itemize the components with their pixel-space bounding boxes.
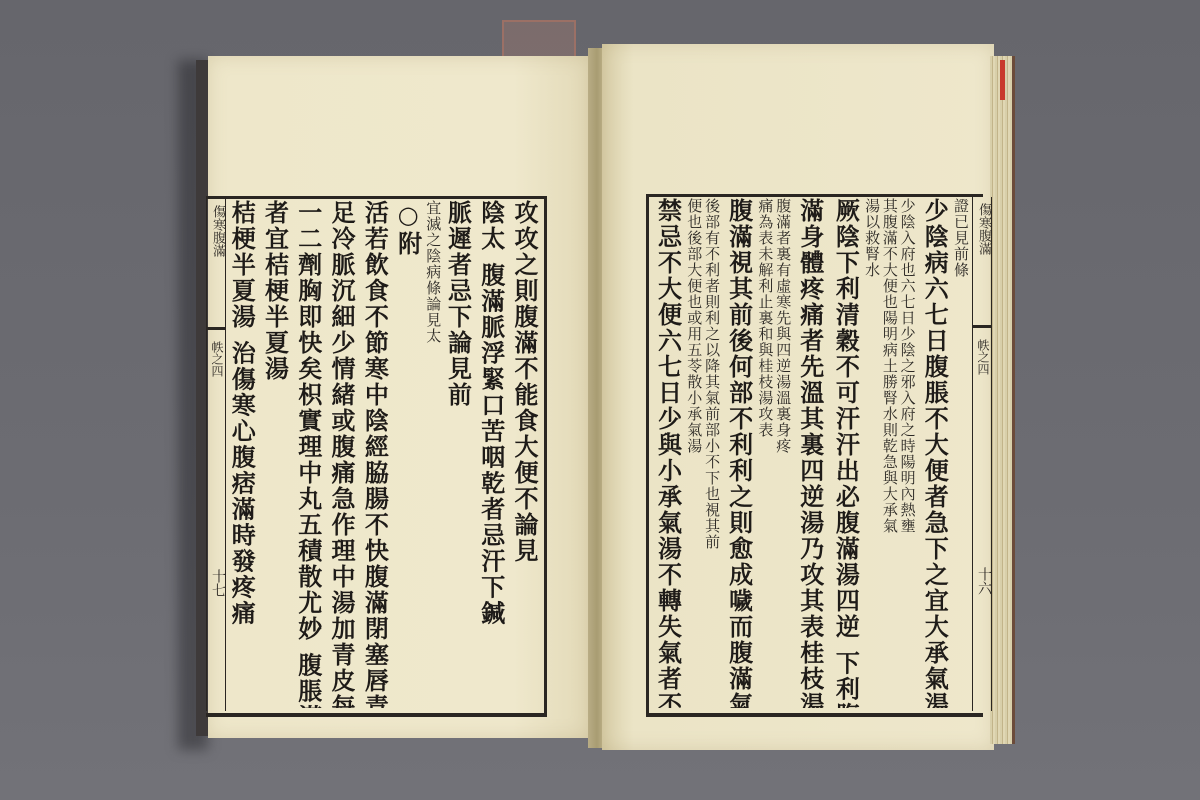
annotation-column: 腹滿者裏有虛寒先與四逆湯溫裏身疼 (774, 198, 792, 708)
text-column: 陰太 腹滿脈浮緊口苦咽乾者忌汗下鍼 (475, 200, 508, 708)
annotation-column: 後部有不利者則利之以降其氣前部小不下也視其前 (703, 198, 721, 708)
text-column: 攻攻之則腹滿不能食大便不論見 (509, 200, 542, 708)
annotation-column: 其腹滿不大便也陽明病土勝腎水則乾急與大承氣 (881, 198, 899, 708)
text-column: 禁忌不大便六七日少與小承氣湯不轉失氣者不可 (650, 198, 686, 708)
annotation-column: 痛為表未解利止裏和與桂枝湯攻表 (757, 198, 775, 708)
text-column: ○附 (392, 200, 425, 708)
text-column: 一二劑胸即快矣枳實理中丸五積散尤妙 腹脹滿 (293, 200, 326, 708)
annotation-column: 證已見前條 (952, 198, 970, 708)
right-page-edges (990, 56, 1015, 744)
margin-title: 傷寒腹滿 (208, 205, 227, 257)
fish-tail-mark (973, 325, 991, 338)
left-page-text: 攻攻之則腹滿不能食大便不論見 陰太 腹滿脈浮緊口苦咽乾者忌汗下鍼 脈遲者忌下論見… (226, 200, 542, 708)
text-column: 厥陰下利清穀不可汗汗出必腹滿湯四逆 下利腹脹 (828, 198, 864, 708)
margin-chapter: 帙之四 (209, 341, 226, 377)
text-column: 者宜桔梗半夏湯 (259, 200, 292, 708)
annotation-column: 便也後部大便也或用五苓散小承氣湯 (686, 198, 704, 708)
text-column: 滿身體疼痛者先溫其裏四逆湯乃攻其表桂枝湯利下 (792, 198, 828, 708)
page-number: 十六 (974, 567, 994, 595)
text-column: 活若飲食不節寒中陰經脇腸不快腹滿閉塞唇青手 (359, 200, 392, 708)
margin-chapter: 帙之四 (975, 339, 992, 375)
text-column: 足冷脈沉細少情緒或腹痛急作理中湯加青皮每服 (326, 200, 359, 708)
annotation-column: 湯以救腎水 (863, 198, 881, 708)
text-column: 腹滿視其前後何部不利利之則愈成噦而腹滿氣上 (721, 198, 757, 708)
text-column: 少陰病六七日腹脹不大便者急下之宜大承氣湯此 (917, 198, 953, 708)
annotation-column: 少陰入府也六七日少陰之邪入府之時陽明內熱壅 (899, 198, 917, 708)
right-page-margin-banner: 傷寒腹滿 帙之四 十六 (972, 197, 992, 711)
right-page-text: 證已見前條 少陰病六七日腹脹不大便者急下之宜大承氣湯此 少陰入府也六七日少陰之邪… (650, 198, 970, 708)
fish-tail-mark (207, 327, 225, 340)
text-column: 脈遲者忌下論見前 (442, 200, 475, 708)
margin-title: 傷寒腹滿 (974, 203, 993, 255)
left-page-margin-banner: 傷寒腹滿 帙之四 十七 (206, 199, 226, 711)
annotation-column: 宜滅之陰病條論見太 (426, 200, 443, 708)
text-column: 桔梗半夏湯 治傷寒心腹痞滿時發疼痛 (226, 200, 259, 708)
red-bookmark-tab (1000, 60, 1005, 100)
